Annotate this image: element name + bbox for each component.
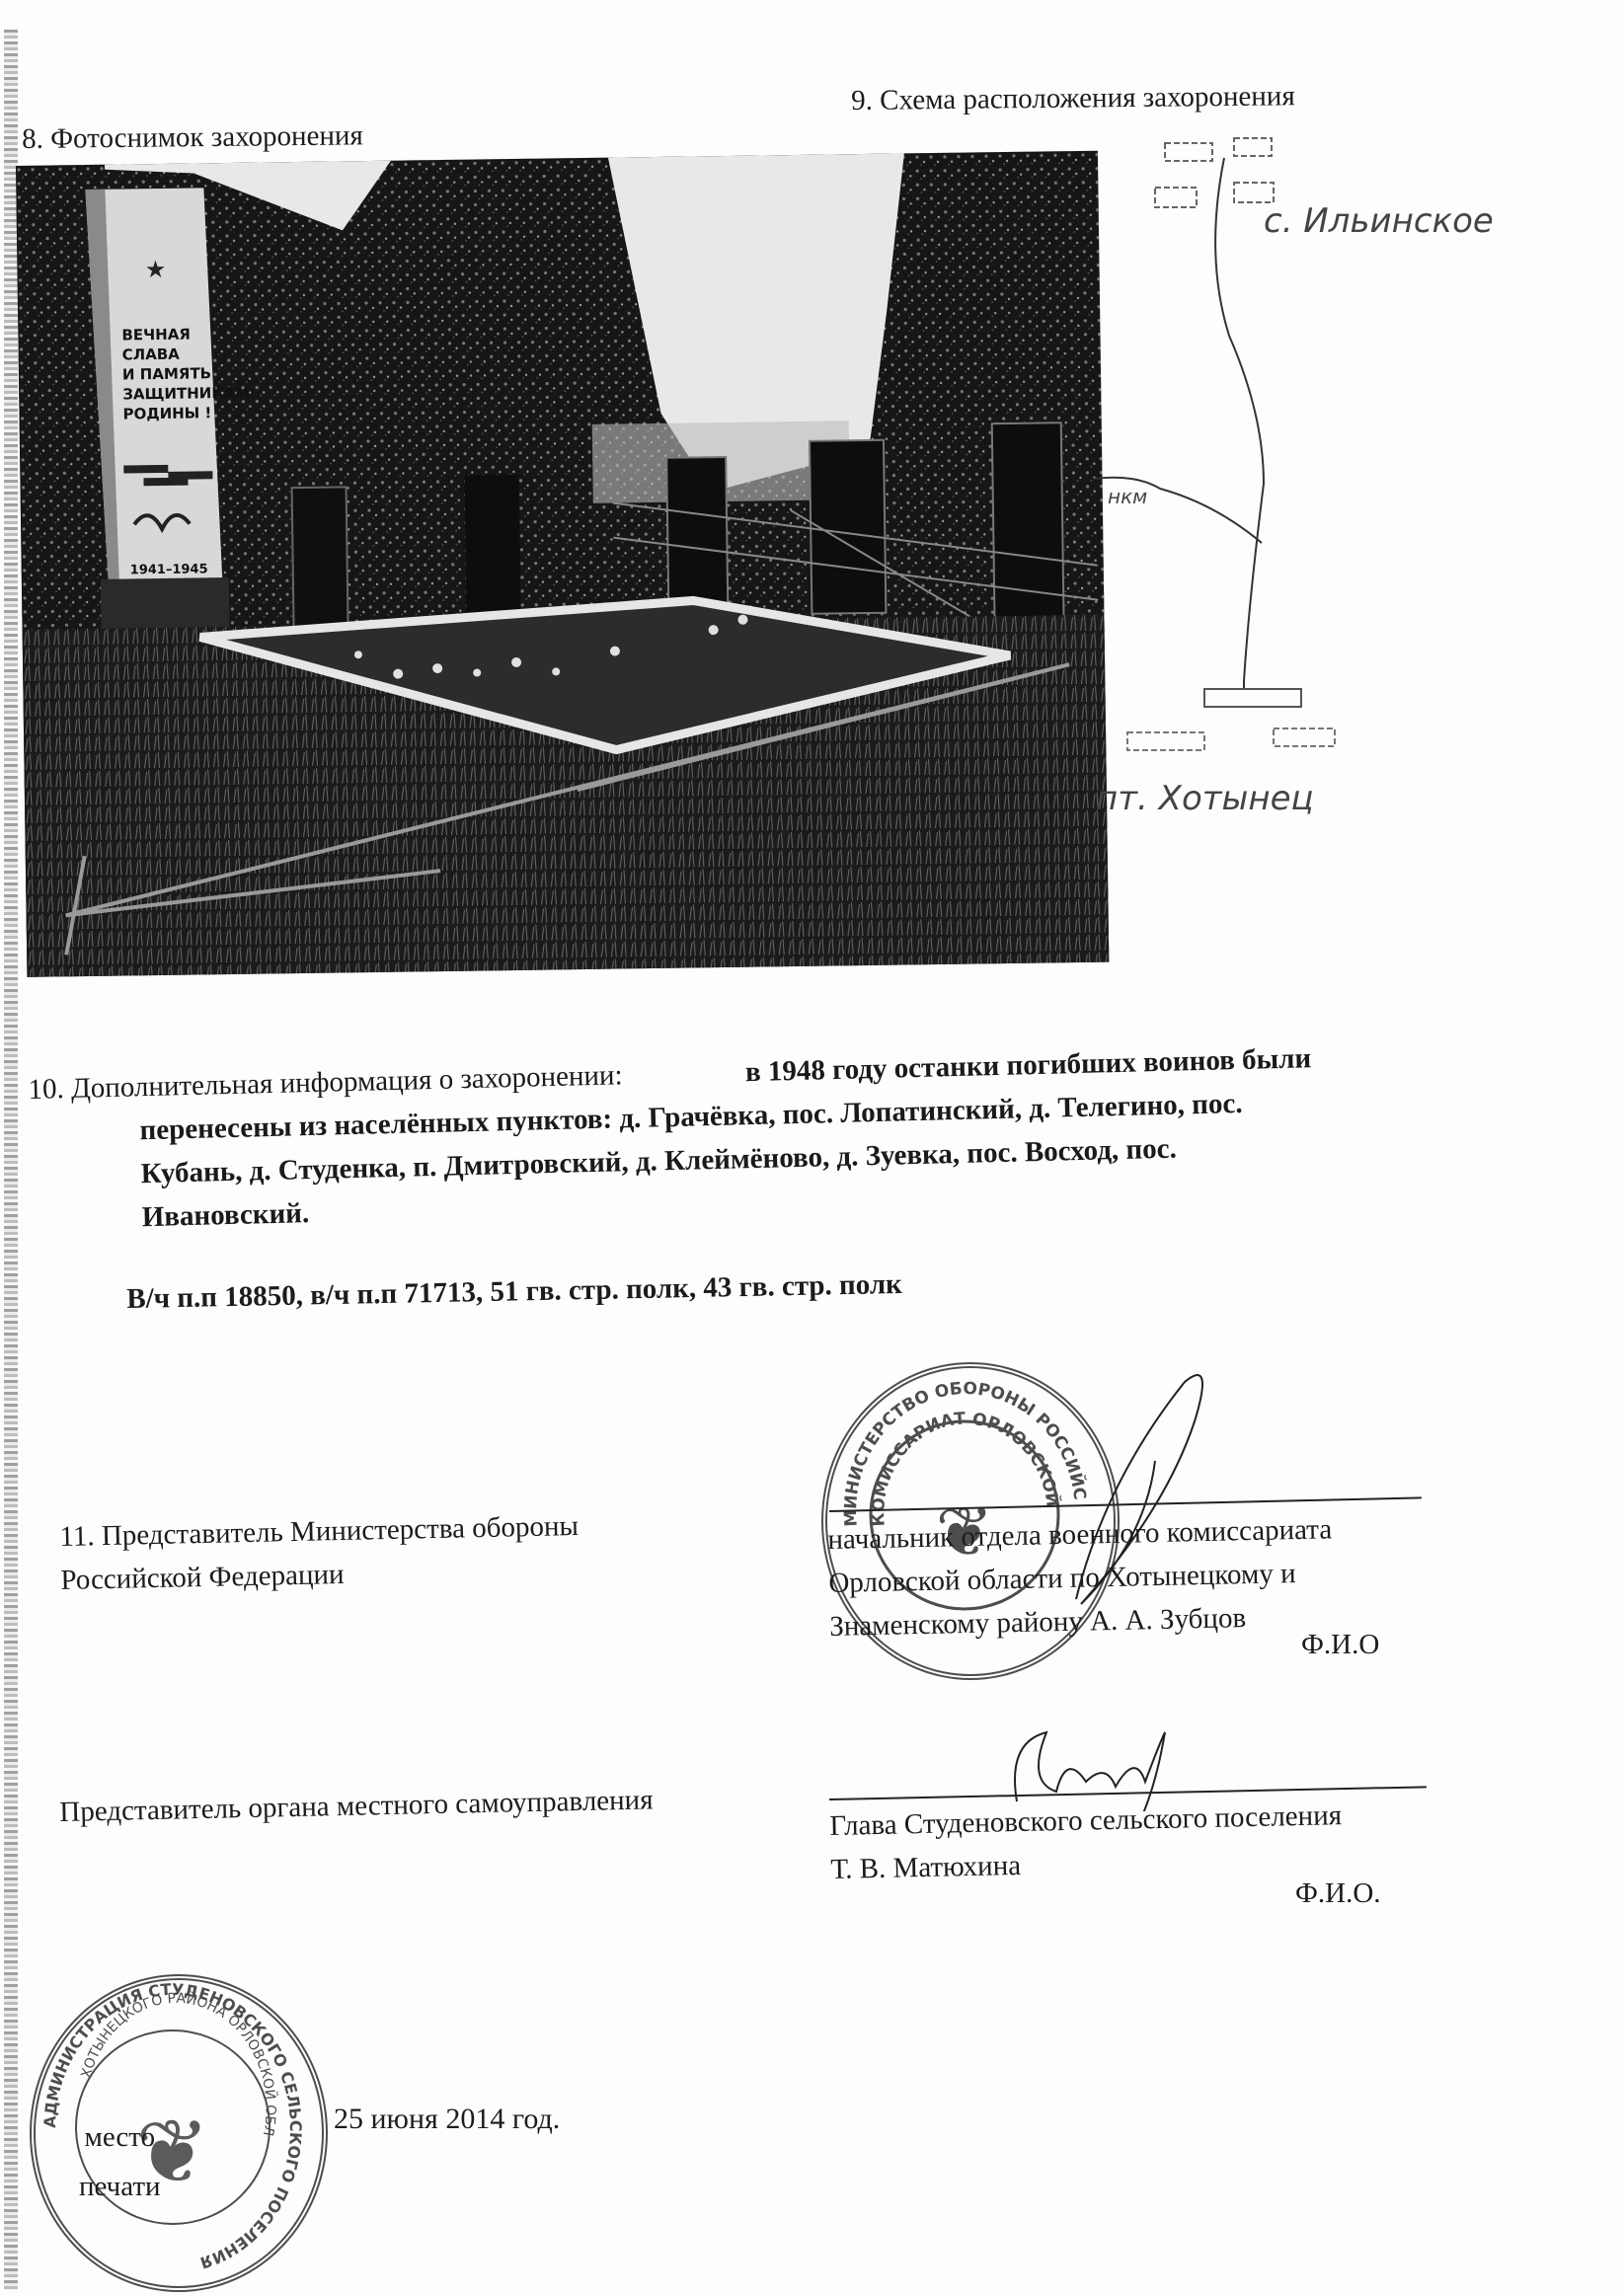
scheme-label-road: нкм (1108, 485, 1147, 508)
svg-text:СЛАВА: СЛАВА (122, 345, 181, 364)
military-units-line: В/ч п.п 18850, в/ч п.п 71713, 51 гв. стр… (126, 1268, 902, 1316)
burial-location-scheme: с. Ильинское нкм пт. Хотынец (1066, 128, 1540, 898)
monument-text: ВЕЧНАЯ (121, 326, 191, 344)
scheme-label-town: пт. Хотынец (1096, 779, 1314, 818)
mo-official-name: начальник отдела военного комиссариата О… (827, 1507, 1334, 1648)
stamp-place-label: место печати (79, 2112, 161, 2211)
scheme-section-heading: 9. Схема расположения захоронения (851, 80, 1295, 117)
scan-edge-artifact (4, 30, 18, 2290)
svg-text:ЗАЩИТНИКАМ: ЗАЩИТНИКАМ (122, 384, 250, 404)
additional-info-section: 10. Дополнительная информация о захороне… (28, 1033, 1443, 1242)
photo-section-heading: 8. Фотоснимок захоронения (22, 119, 363, 156)
local-official-name: Глава Студеновского сельского поселения … (829, 1794, 1343, 1891)
svg-text:★: ★ (145, 258, 167, 283)
settlement-stamp: АДМИНИСТРАЦИЯ СТУДЕНОВСКОГО СЕЛЬСКОГО ПО… (30, 1974, 328, 2292)
scheme-label-village: с. Ильинское (1264, 201, 1494, 241)
local-fio-caption: Ф.И.О. (1295, 1877, 1381, 1910)
svg-text:1941–1945: 1941–1945 (130, 562, 208, 577)
svg-text:И ПАМЯТЬ: И ПАМЯТЬ (122, 364, 211, 383)
mo-fio-caption: Ф.И.О (1301, 1629, 1379, 1661)
mo-representative-label: 11. Представитель Министерства обороны Р… (59, 1504, 580, 1602)
local-government-label: Представитель органа местного самоуправл… (59, 1784, 654, 1829)
burial-photo: ★ ВЕЧНАЯ СЛАВА И ПАМЯТЬ ЗАЩИТНИКАМ РОДИН… (16, 151, 1109, 977)
svg-text:РОДИНЫ !: РОДИНЫ ! (122, 404, 211, 422)
document-date: 25 июня 2014 год. (334, 2103, 560, 2136)
